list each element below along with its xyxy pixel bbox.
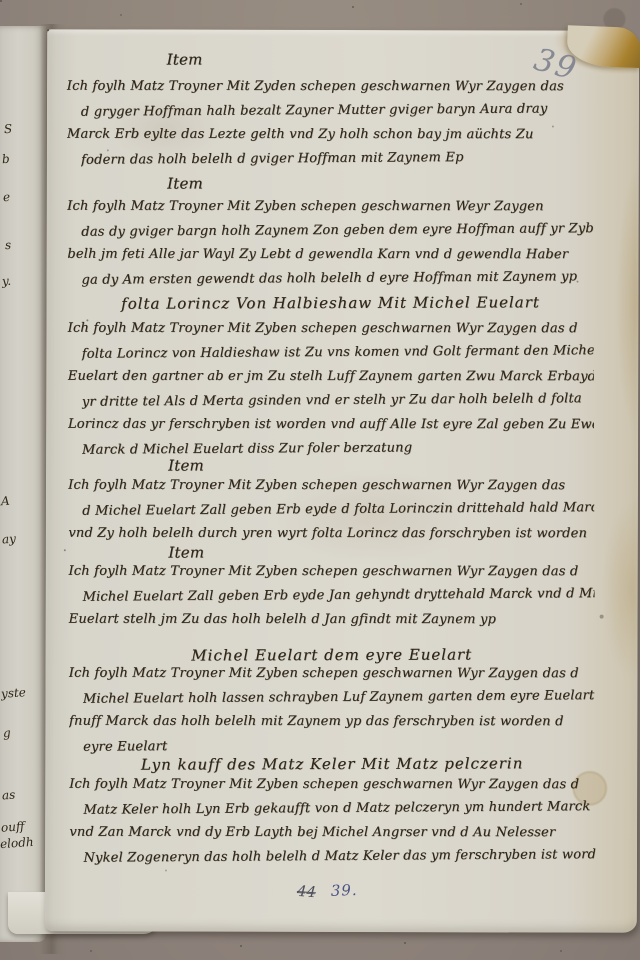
- entry-paragraph: Ich foylh Matz Troyner Mit Zyden schepen…: [67, 74, 593, 172]
- text-line: Ich foylh Matz Troyner Mit Zyben schepen…: [68, 560, 594, 584]
- text-line: belh jm feti Alle jar Wayl Zy Lebt d gew…: [67, 243, 593, 267]
- text-line: vnd Zy holh belelh durch yren wyrt folta…: [68, 522, 594, 546]
- margin-fragment: s: [5, 238, 12, 252]
- text-line: d gryger Hoffman halh bezalt Zayner Mutt…: [81, 97, 593, 125]
- margin-fragment: y.: [2, 274, 12, 289]
- folio-annotation: 44 39.: [297, 881, 358, 901]
- text-line: fodern das holh belelh d gviger Hoffman …: [81, 145, 593, 173]
- entry-heading: Item: [167, 46, 593, 71]
- text-line: eyre Euelart: [83, 732, 595, 760]
- entry-paragraph: Ich foylh Matz Troyner Mit Zyben schepen…: [68, 559, 594, 633]
- margin-fragment: yste: [1, 685, 27, 701]
- text-line: Ich foylh Matz Troyner Mit Zyben schepen…: [69, 662, 595, 686]
- entry-heading: folta Lorincz Von Halbieshaw Mit Michel …: [67, 290, 593, 316]
- text-line: vnd Zan Marck vnd dy Erb Layth bej Miche…: [69, 821, 595, 845]
- entry-heading: Item: [167, 170, 593, 195]
- ink-flecks: [47, 29, 49, 31]
- entry-paragraph: Ich foylh Matz Troyner Mit Zyben schepen…: [67, 194, 593, 292]
- text-line: Ich foylh Matz Troyner Mit Zyben schepen…: [68, 474, 594, 498]
- entry-paragraph: Ich foylh Matz Troyner Mit Zyben schepen…: [69, 772, 595, 870]
- text-line: Nykel Zogeneryn das holh belelh d Matz K…: [83, 843, 595, 871]
- text-line: Michel Euelart Zall geben Erb eyde Jan g…: [82, 582, 594, 610]
- text-line: d Michel Euelart Zall geben Erb eyde d f…: [82, 496, 594, 524]
- text-line: Ich foylh Matz Troyner Mit Zyben schepen…: [69, 773, 595, 797]
- folio-number-blue-ink: 39.: [331, 881, 358, 900]
- margin-fragment: g: [3, 726, 12, 741]
- text-line: das dy gviger bargn holh Zaynem Zon gebe…: [81, 217, 593, 245]
- text-line: Euelart stelh jm Zu das holh belelh d Ja…: [69, 608, 595, 632]
- entry-paragraph: Ich foylh Matz Troyner Mit Zyben schepen…: [69, 661, 595, 759]
- margin-fragment: ouff: [1, 819, 25, 835]
- text-line: ga dy Am ersten gewendt das holh belelh …: [81, 265, 593, 293]
- text-line: Ich foylh Matz Troyner Mit Zyden schepen…: [67, 75, 593, 99]
- text-line: folta Lorincz von Haldieshaw ist Zu vns …: [82, 339, 594, 367]
- text-line: Marck d Michel Euelart diss Zur foler be…: [82, 435, 594, 463]
- margin-fragment: ay: [2, 532, 17, 547]
- entry-paragraph: Ich foylh Matz Troyner Mit Zyben schepen…: [68, 473, 594, 547]
- manuscript-photo: S b e s y. A ay yste g as ouff elodh 39 …: [0, 0, 640, 960]
- struck-old-folio-number: 44: [296, 882, 316, 901]
- text-line: Matz Keler holh Lyn Erb gekaufft von d M…: [83, 795, 595, 823]
- text-line: Ich foylh Matz Troyner Mit Zyben schepen…: [67, 195, 593, 219]
- text-line: Michel Euelart holh lassen schrayben Luf…: [83, 684, 595, 712]
- text-line: yr dritte tel Als d Merta gsinden vnd er…: [82, 387, 594, 415]
- margin-fragment: as: [2, 788, 16, 803]
- text-line: Marck Erb eylte das Lezte gelth vnd Zy h…: [67, 123, 593, 147]
- margin-fragment: elodh: [0, 835, 34, 851]
- table-speckles: [0, 0, 2, 2]
- text-line: Lorincz das yr ferschryben ist worden vn…: [68, 413, 594, 437]
- margin-fragment: b: [2, 152, 11, 167]
- text-line: Euelart den gartner ab er jm Zu stelh Lu…: [68, 365, 594, 389]
- margin-fragment: e: [3, 190, 11, 204]
- entry-paragraph: Ich foylh Matz Troyner Mit Zyben schepen…: [68, 316, 594, 462]
- margin-fragment: S: [4, 122, 13, 137]
- manuscript-text: Item Ich foylh Matz Troyner Mit Zyden sc…: [67, 46, 596, 870]
- margin-fragment: A: [1, 494, 11, 509]
- text-line: fnuff Marck das holh belelh mit Zaynem y…: [69, 710, 595, 734]
- manuscript-page-folio-39: 39 Item Ich foylh Matz Troyner Mit Zyden…: [45, 29, 639, 933]
- text-line: Ich foylh Matz Troyner Mit Zyben schepen…: [68, 317, 594, 341]
